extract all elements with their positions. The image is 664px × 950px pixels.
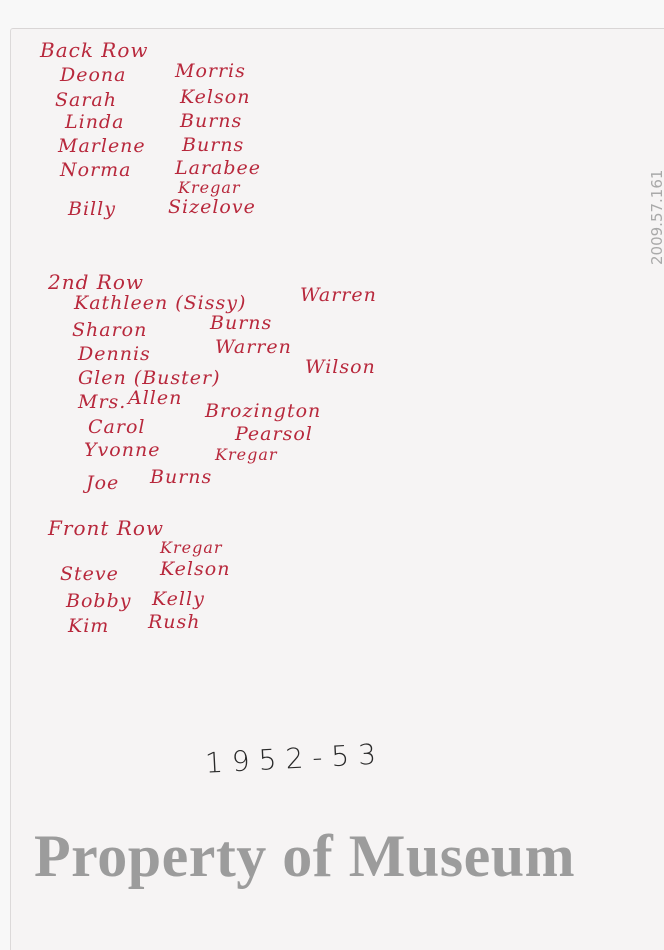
second-row-name-4-last: Wilson bbox=[305, 358, 376, 377]
second-row-name-7-first: Yvonne bbox=[84, 441, 160, 460]
second-row-name-5-first: Mrs. bbox=[78, 393, 126, 412]
second-row-name-3-last: Warren bbox=[215, 338, 292, 357]
front-row-name-2-last: Kelly bbox=[152, 590, 205, 609]
front-row-name-1-first: Steve bbox=[60, 565, 119, 584]
back-row-name-6-last: Sizelove bbox=[168, 198, 256, 217]
second-row-name-2-first: Sharon bbox=[72, 321, 147, 340]
front-row-name-1-annotation: Kregar bbox=[160, 540, 223, 556]
front-row-name-2-first: Bobby bbox=[66, 592, 131, 611]
back-row-name-6-annotation: Kregar bbox=[178, 180, 241, 196]
second-row-name-7-last: Pearsol bbox=[235, 425, 313, 444]
second-row-name-1-last: Warren bbox=[300, 286, 377, 305]
second-row-name-8-last: Burns bbox=[150, 468, 212, 487]
section-heading-front-row: Front Row bbox=[48, 518, 164, 538]
back-row-name-2-first: Sarah bbox=[55, 91, 117, 110]
back-row-name-2-last: Kelson bbox=[180, 88, 250, 107]
second-row-name-4-first: Glen (Buster) bbox=[78, 369, 221, 388]
second-row-name-6-first: Carol bbox=[88, 418, 145, 437]
accession-number: 2009.57.161 bbox=[648, 170, 664, 265]
second-row-name-8-annotation: Kregar bbox=[215, 447, 278, 463]
front-row-name-3-last: Rush bbox=[148, 613, 201, 632]
back-row-name-3-last: Burns bbox=[180, 112, 242, 131]
back-row-name-3-first: Linda bbox=[65, 113, 124, 132]
back-row-name-4-first: Marlene bbox=[58, 137, 146, 156]
front-row-name-3-first: Kim bbox=[68, 617, 109, 636]
section-heading-back-row: Back Row bbox=[40, 40, 149, 60]
second-row-name-3-first: Dennis bbox=[78, 345, 151, 364]
back-row-name-5-first: Norma bbox=[60, 161, 132, 180]
back-row-name-5-last: Larabee bbox=[175, 159, 261, 178]
second-row-name-1-first: Kathleen (Sissy) bbox=[74, 294, 246, 313]
second-row-name-5-last: Allen bbox=[128, 389, 182, 408]
back-row-name-1-first: Deona bbox=[60, 66, 126, 85]
second-row-name-8-first: Joe bbox=[86, 474, 119, 493]
second-row-name-2-last: Burns bbox=[210, 314, 272, 333]
back-row-name-6-first: Billy bbox=[68, 200, 116, 219]
back-row-name-4-last: Burns bbox=[182, 136, 244, 155]
front-row-name-1-last: Kelson bbox=[160, 560, 230, 579]
museum-watermark: Property of Museum bbox=[34, 822, 575, 891]
section-heading-2nd-row: 2nd Row bbox=[48, 272, 144, 292]
back-row-name-1-last: Morris bbox=[175, 62, 246, 81]
second-row-name-6-last: Brozington bbox=[205, 402, 321, 421]
